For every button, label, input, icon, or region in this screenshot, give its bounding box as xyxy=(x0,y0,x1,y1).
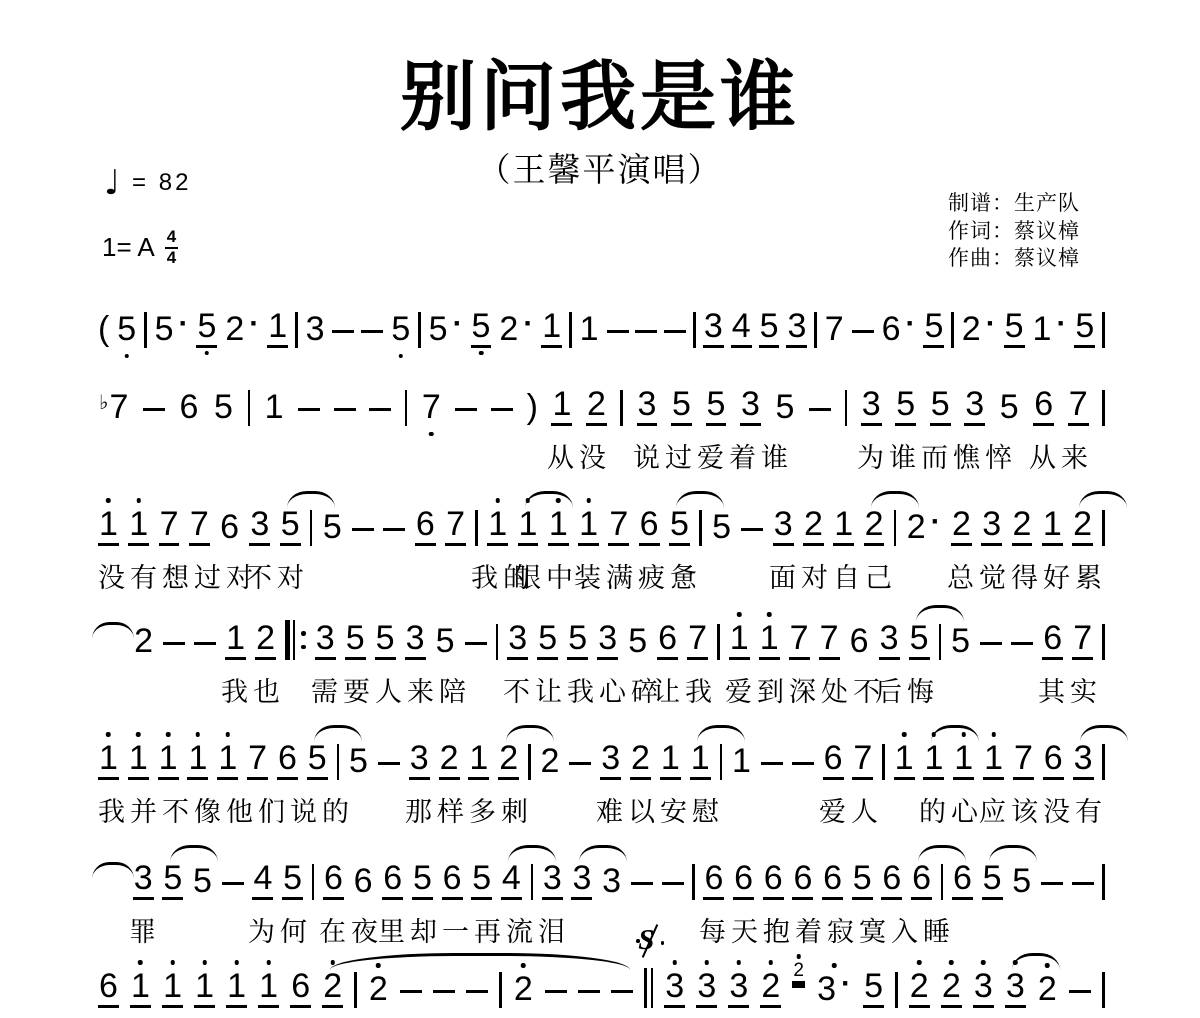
duration-dash xyxy=(332,330,354,334)
note-digit: 7 xyxy=(160,507,179,541)
credits-block: 制谱：生产队 作词：蔡议樟 作曲：蔡议樟 xyxy=(948,190,1080,273)
repeat-thick-bar xyxy=(285,620,290,660)
note-digit: 3 xyxy=(602,864,621,898)
note: 6 xyxy=(219,510,240,546)
note: 3 xyxy=(637,387,658,426)
note: 3 xyxy=(601,864,622,900)
note-digit: 6 xyxy=(734,861,753,895)
barline xyxy=(693,312,696,348)
note-digit: 5 xyxy=(436,624,455,658)
note: 2· xyxy=(224,312,260,348)
note-digit: 3 xyxy=(665,969,684,1003)
note-digit: 5 xyxy=(951,624,970,658)
note: 5 xyxy=(213,390,234,426)
barline xyxy=(418,312,421,348)
note: 7 xyxy=(189,507,210,546)
note-digit: 2 xyxy=(631,741,650,775)
note-digit: 1 xyxy=(129,741,148,775)
note: 5 xyxy=(280,507,301,546)
note: 2 xyxy=(1012,507,1033,546)
lyric-segment: 在夜 xyxy=(319,910,383,949)
octave-dot-above xyxy=(902,732,907,737)
octave-dot-above xyxy=(932,732,937,737)
note: 1 xyxy=(128,741,149,780)
note-digit: 6 xyxy=(850,624,869,658)
augmentation-dot: · xyxy=(1056,309,1066,339)
note: 5 xyxy=(307,741,328,780)
note: 3 xyxy=(1073,741,1094,780)
augmentation-dot: · xyxy=(179,309,189,339)
duration-dash xyxy=(761,762,783,766)
octave-dot-above xyxy=(556,498,561,503)
note-digit: 5 xyxy=(472,309,491,343)
note-digit: 2 xyxy=(952,507,971,541)
lyric-segment: 装满疲惫 xyxy=(574,556,702,595)
note-digit: 5 xyxy=(896,387,915,421)
note-digit: 2 xyxy=(499,312,518,346)
note: 5 xyxy=(1074,309,1095,348)
duration-dash xyxy=(635,330,657,334)
duration-dash xyxy=(455,408,477,412)
note: 3 xyxy=(133,861,154,900)
note: 1 xyxy=(264,390,285,426)
note-digit: 3 xyxy=(697,969,716,1003)
note-digit: 7 xyxy=(190,507,209,541)
note: 3 xyxy=(249,507,270,546)
note: 7 xyxy=(819,621,840,660)
note-digit: 2 xyxy=(1013,507,1032,541)
note: 2 xyxy=(864,507,885,546)
segno-icon: S xyxy=(638,926,664,962)
duration-dash xyxy=(163,642,185,646)
lyric-segment: 我也 xyxy=(221,670,285,709)
note-digit: 5 xyxy=(376,621,395,655)
note-digit: 1 xyxy=(188,741,207,775)
note: 2· xyxy=(906,510,942,546)
note-digit: 6 xyxy=(882,312,901,346)
augmentation-dot: · xyxy=(249,309,259,339)
lyric-segment: 后悔 xyxy=(875,670,939,709)
note-digit: 5 xyxy=(323,510,342,544)
note: 5· xyxy=(428,312,464,348)
note-digit: 1 xyxy=(227,969,246,1003)
note-digit: 2 xyxy=(804,507,823,541)
barline xyxy=(620,390,623,426)
lyric-segment: 每天抱着寂寞入睡 xyxy=(699,910,955,949)
note-digit: 5 xyxy=(117,312,136,346)
note: 1 xyxy=(729,621,750,660)
note-digit: 5 xyxy=(197,309,216,343)
note: 2· xyxy=(961,312,997,348)
note-digit: 5 xyxy=(760,309,779,343)
note: 1 xyxy=(953,741,974,780)
note-digit: 2 xyxy=(514,972,533,1006)
note: 1 xyxy=(759,621,780,660)
duration-dash xyxy=(378,762,400,766)
octave-dot-above xyxy=(136,732,141,737)
note: 5· xyxy=(154,312,190,348)
note: 1 xyxy=(578,507,599,546)
note: 3 xyxy=(1005,969,1026,1008)
repeat-begin-barline xyxy=(285,620,306,660)
octave-dot-below xyxy=(205,351,210,356)
note: 1 xyxy=(1042,507,1063,546)
lyric-segment: 面对自己 xyxy=(769,556,897,595)
octave-dot-below xyxy=(479,351,484,356)
note-digit: 3 xyxy=(316,621,335,655)
note-digit: 3 xyxy=(965,387,984,421)
note: 1 xyxy=(541,309,562,348)
note: 5 xyxy=(1011,864,1032,900)
note: 5 xyxy=(759,309,780,348)
note-digit: 3 xyxy=(250,507,269,541)
note-digit: 5 xyxy=(214,390,233,424)
barline xyxy=(951,312,954,348)
note-digit: 3 xyxy=(134,861,153,895)
barline xyxy=(1102,390,1105,426)
note: 6 xyxy=(952,861,973,900)
lyric-segment: 为何 xyxy=(248,910,312,949)
note-digit: 5 xyxy=(1000,390,1019,424)
note: 5 xyxy=(345,621,366,660)
note-digit: 2 xyxy=(865,507,884,541)
segno-dot xyxy=(661,941,665,945)
octave-dot-above xyxy=(767,612,772,617)
note: 2 xyxy=(803,507,824,546)
note-digit: 5 xyxy=(983,861,1002,895)
note-digit: 5 xyxy=(1005,309,1024,343)
note: 1 xyxy=(983,741,1004,780)
lyric-segment: 罪 xyxy=(129,910,161,949)
note: 5 xyxy=(1004,309,1025,348)
note-digit: 5 xyxy=(864,969,883,1003)
note-digit: 2 xyxy=(256,621,275,655)
note: 1 xyxy=(217,741,238,780)
note: 3 xyxy=(600,741,621,780)
note-digit: 6 xyxy=(220,510,239,544)
note: 2 xyxy=(539,744,560,780)
note-digit: 6 xyxy=(416,507,435,541)
note-digit: 1 xyxy=(159,741,178,775)
lyric-segment: 需要人来陪 xyxy=(311,670,471,709)
note-digit: 6 xyxy=(1034,387,1053,421)
note-digit: 1 xyxy=(552,387,571,421)
barline xyxy=(1102,744,1105,780)
note-digit: 1 xyxy=(924,741,943,775)
octave-dot-above xyxy=(1045,963,1050,968)
note-digit: 3 xyxy=(1074,741,1093,775)
note: 7 xyxy=(687,621,708,660)
duration-dash xyxy=(569,762,591,766)
octave-dot-above xyxy=(769,960,774,965)
lyric-segment: 里却一再流 xyxy=(378,910,538,949)
note: 1 xyxy=(487,507,508,546)
note: 5 xyxy=(348,744,369,780)
note-digit: 1 xyxy=(760,621,779,655)
octave-dot-above xyxy=(106,732,111,737)
note-digit: 3 xyxy=(880,621,899,655)
credit-lyricist: 作词：蔡议樟 xyxy=(948,218,1080,246)
tie-arc xyxy=(98,616,124,660)
note-digit: 7 xyxy=(609,507,628,541)
note-digit: 7 xyxy=(109,390,128,424)
note-digit: 7 xyxy=(446,507,465,541)
duration-dash xyxy=(352,528,374,532)
note-digit: 5 xyxy=(391,312,410,346)
note: 7 xyxy=(421,390,442,426)
note: 6 xyxy=(849,624,870,660)
octave-dot-above xyxy=(1013,960,1018,965)
barline xyxy=(895,972,898,1008)
note-digit: 1 xyxy=(163,969,182,1003)
octave-dot-above xyxy=(196,732,201,737)
note: 7 xyxy=(1072,621,1093,660)
note-digit: 3 xyxy=(406,621,425,655)
duration-dash xyxy=(545,990,567,994)
note-digit: 7 xyxy=(422,390,441,424)
note-digit: 3 xyxy=(572,861,591,895)
note-digit: 1 xyxy=(268,309,287,343)
octave-dot-below xyxy=(399,354,404,359)
note-digit: 6 xyxy=(640,507,659,541)
note: 5 xyxy=(909,621,930,660)
note-digit: 5 xyxy=(538,621,557,655)
barline xyxy=(295,312,298,348)
barline xyxy=(499,972,502,1008)
note-digit: 1 xyxy=(259,969,278,1003)
note: 2 xyxy=(909,969,930,1008)
note-digit: 6 xyxy=(882,861,901,895)
note-digit: 5 xyxy=(281,507,300,541)
octave-dot-above xyxy=(376,963,381,968)
note-digit: 1 xyxy=(195,969,214,1003)
note-digit: 7 xyxy=(825,312,844,346)
note: 3 xyxy=(740,387,761,426)
time-signature: 4 4 xyxy=(165,228,178,267)
note-digit: 2 xyxy=(1038,972,1057,1006)
note-digit: 7 xyxy=(688,621,707,655)
sheet-music-page: 别问我是谁 （王馨平演唱） ♩ = 82 1= A 4 4 制谱：生产队 作词：… xyxy=(0,0,1200,1018)
note: 1 xyxy=(579,312,600,348)
repeat-dot xyxy=(301,645,306,650)
duration-dash xyxy=(611,990,633,994)
duration-dash xyxy=(491,408,513,412)
note-digit: 6 xyxy=(953,861,972,895)
note-digit: 6 xyxy=(180,390,199,424)
notation-line: 35545666565433366666566655罪为何在夜里却一再流泪每天抱… xyxy=(98,852,1105,900)
quarter-note-icon: ♩ xyxy=(104,166,120,200)
note: 2 xyxy=(322,969,343,1008)
note-digit: 4 xyxy=(253,861,272,895)
note-digit: 1 xyxy=(542,309,561,343)
octave-dot-above xyxy=(202,960,207,965)
barline xyxy=(496,624,499,660)
tempo-value: = 82 xyxy=(132,169,191,197)
note-digit: 2 xyxy=(962,312,981,346)
parenthesis: ( xyxy=(98,312,109,348)
note: 2 xyxy=(760,969,781,1008)
note: 6 xyxy=(290,969,311,1008)
barline xyxy=(248,390,251,426)
octave-dot-above xyxy=(586,498,591,503)
note: 5 xyxy=(671,387,692,426)
notation-line: (55·52·1355·52·11345376·52·51·5 xyxy=(98,300,1105,348)
note: 1 xyxy=(548,507,569,546)
barline xyxy=(1102,510,1105,546)
note-digit: 5 xyxy=(349,744,368,778)
note: 2 xyxy=(368,972,389,1008)
note-digit: 1 xyxy=(579,507,598,541)
notation-line: 11776355671111765532122·23212没有想过对不对我的眼中… xyxy=(98,498,1105,546)
note: 3 xyxy=(964,387,985,426)
time-signature-numerator: 4 xyxy=(165,228,178,249)
note-digit: 5 xyxy=(163,861,182,895)
augmentation-dot: · xyxy=(523,309,533,339)
tempo-marking: ♩ = 82 xyxy=(104,166,191,200)
note: 1 xyxy=(162,969,183,1008)
note-digit: 1 xyxy=(488,507,507,541)
note-digit: 6 xyxy=(354,864,373,898)
duration-dash xyxy=(400,990,422,994)
note: 1 xyxy=(468,741,489,780)
barline xyxy=(699,510,702,546)
lyric-segment: 爱到深处不 xyxy=(725,670,885,709)
note-digit: 2 xyxy=(540,744,559,778)
barline xyxy=(720,744,723,780)
note-digit: 2 xyxy=(499,741,518,775)
note: 3 xyxy=(973,969,994,1008)
note: 1 xyxy=(660,741,681,780)
note: 5 xyxy=(471,861,492,900)
double-barline: S xyxy=(644,968,653,1008)
note-digit: 2 xyxy=(1073,507,1092,541)
note-digit: 5 xyxy=(1075,309,1094,343)
octave-dot-above xyxy=(136,498,141,503)
lyric-segment: 应该没有 xyxy=(979,790,1107,829)
note: 7 xyxy=(608,507,629,546)
note-digit: 6 xyxy=(443,861,462,895)
duration-dash xyxy=(369,408,391,412)
note: 6 xyxy=(382,861,403,900)
note-digit: 1 xyxy=(218,741,237,775)
note: 4 xyxy=(252,861,273,900)
note: 5 xyxy=(627,624,648,660)
note-digit: 7 xyxy=(853,741,872,775)
note: 1 xyxy=(551,387,572,426)
note-digit: 1 xyxy=(1043,507,1062,541)
note-digit: 3 xyxy=(306,312,325,346)
note-digit: 7 xyxy=(248,741,267,775)
note: 1 xyxy=(226,969,247,1008)
note: 5 xyxy=(930,387,951,426)
note-digit: 2 xyxy=(942,969,961,1003)
note: 5 xyxy=(775,390,796,426)
note-digit: 2 xyxy=(587,387,606,421)
barline xyxy=(405,390,408,426)
note-digit: 7 xyxy=(1069,387,1088,421)
note-digit: 2 xyxy=(761,969,780,1003)
note-digit: 6 xyxy=(1044,741,1063,775)
note-digit: 2 xyxy=(910,969,929,1003)
note-digit: 3 xyxy=(741,387,760,421)
note-digit: 3 xyxy=(974,969,993,1003)
note-digit: 3 xyxy=(729,969,748,1003)
note-digit: 6 xyxy=(658,621,677,655)
note: 3 xyxy=(571,861,592,900)
duration-dash xyxy=(664,330,686,334)
note-digit: 5 xyxy=(776,390,795,424)
note-digit: 1 xyxy=(834,507,853,541)
note-digit: 1 xyxy=(226,621,245,655)
lyric-segment: 没有想过对 xyxy=(98,556,258,595)
note-digit: 6 xyxy=(823,861,842,895)
note: 6 xyxy=(911,861,932,900)
duration-dash xyxy=(578,990,600,994)
notation-line: 6111116222S333223·522332 xyxy=(98,960,1105,1008)
octave-dot-above xyxy=(170,960,175,965)
note: 5 xyxy=(567,621,588,660)
octave-dot-above xyxy=(106,498,111,503)
note: 5 xyxy=(982,861,1003,900)
note: 6 xyxy=(323,861,344,900)
octave-dot-above xyxy=(138,960,143,965)
octave-dot-above xyxy=(991,732,996,737)
augmentation-dot: · xyxy=(906,309,916,339)
duration-dash xyxy=(1041,882,1063,886)
tie-arc xyxy=(98,856,124,900)
time-signature-denominator: 4 xyxy=(167,249,176,268)
note: 3 xyxy=(728,969,749,1008)
note: 5 xyxy=(999,390,1020,426)
note: 2 xyxy=(133,624,154,660)
note-digit: 7 xyxy=(1014,741,1033,775)
note-digit: 3 xyxy=(508,621,527,655)
notation-line: 2123553535535671177635567我也需要人来陪不让我心碎让我爱… xyxy=(98,612,1105,660)
note-digit: 3 xyxy=(601,741,620,775)
note: 1 xyxy=(894,741,915,780)
lyric-segment: 难以安慰 xyxy=(596,790,724,829)
lyric-segment: 不让我心碎 xyxy=(503,670,663,709)
note: 1 xyxy=(690,741,711,780)
note-digit: 5 xyxy=(672,387,691,421)
note: 2 xyxy=(498,741,519,780)
barline xyxy=(692,864,695,900)
duration-dash xyxy=(607,330,629,334)
note-digit: 1 xyxy=(895,741,914,775)
note: 5 xyxy=(669,507,690,546)
duration-dash xyxy=(361,330,383,334)
note-digit: 3 xyxy=(543,861,562,895)
lyric-segment: 我并不像他们说的 xyxy=(98,790,354,829)
note-digit: 1 xyxy=(984,741,1003,775)
note-digit: 3 xyxy=(787,309,806,343)
barline xyxy=(310,510,313,546)
note-digit: 1 xyxy=(1033,312,1052,346)
note-digit: 3 xyxy=(774,507,793,541)
note-digit: 5 xyxy=(707,387,726,421)
octave-dot-above xyxy=(526,498,531,503)
note: 6 xyxy=(703,861,724,900)
notation-line: 1111176553212232111671111763我并不像他们说的那样多刺… xyxy=(98,732,1105,780)
duration-dash xyxy=(809,408,831,412)
note-digit: 5 xyxy=(193,864,212,898)
note-digit: 6 xyxy=(912,861,931,895)
octave-dot-above xyxy=(673,960,678,965)
barline xyxy=(337,744,340,780)
lyric-segment: 说过爱着谁 xyxy=(633,436,793,475)
duration-dash xyxy=(194,642,216,646)
note-digit: 6 xyxy=(704,861,723,895)
